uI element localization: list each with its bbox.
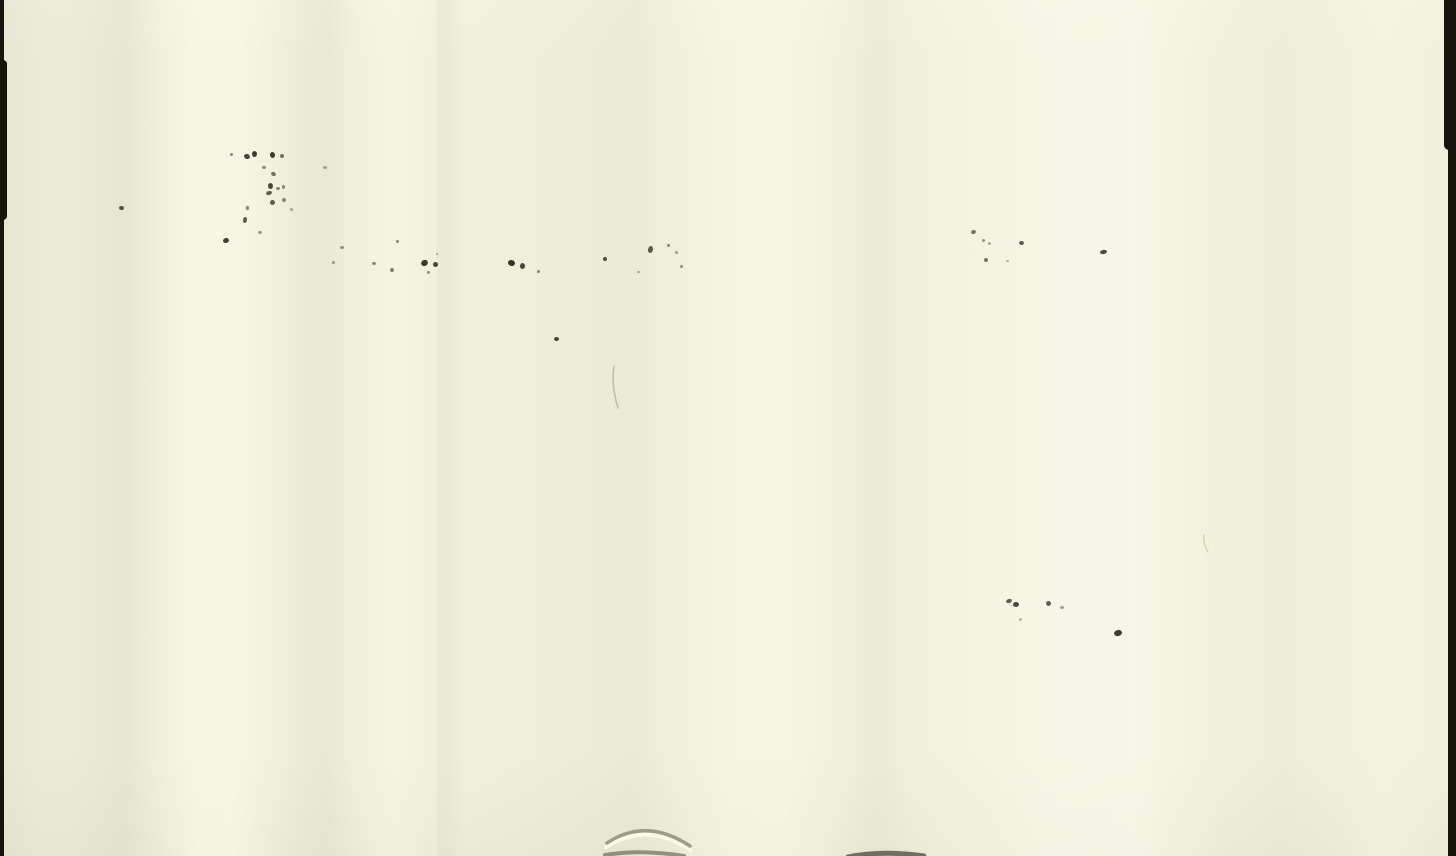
surface-marks-layer (0, 0, 1456, 856)
scratch-mark (1204, 535, 1208, 552)
scanned-blank-page (0, 0, 1456, 856)
scratch-mark (613, 366, 618, 408)
embossed-bottom-shape (605, 852, 684, 856)
